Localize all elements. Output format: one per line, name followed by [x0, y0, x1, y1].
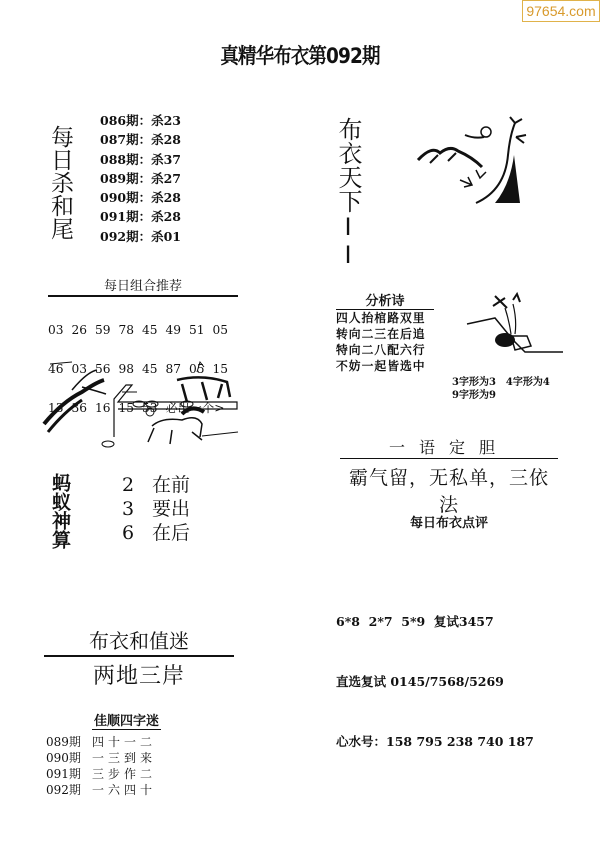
kill-row: 086期：杀23 — [100, 111, 181, 130]
value-riddle-heading: 布衣和值迷 — [44, 625, 234, 657]
buyi-tianxia-label: 布衣天下II — [334, 117, 362, 269]
watermark: 97654.com — [522, 0, 600, 22]
daily-kill-list: 086期：杀23 087期：杀28 088期：杀37 089期：杀27 090期… — [100, 111, 181, 246]
shape-hint-line: 3字形为3 4字形为4 — [452, 376, 550, 389]
four-word-row: 091期三步作二 — [46, 766, 161, 782]
ant-god-label: 蚂蚁神算 — [48, 473, 72, 549]
kill-row: 087期：杀28 — [100, 130, 181, 149]
combo-heading: 每日组合推荐 — [48, 275, 238, 297]
analysis-poem-section: 分析诗 四人抬棺路双里 转向二三在后追 特向二八配六行 不妨一起皆选中 — [336, 290, 434, 374]
shape-hint: 3字形为3 4字形为4 9字形为9 — [452, 376, 550, 402]
four-word-section: 佳顺四字迷 089期四十一二 090期一三到来 091期三步作二 092期一六四… — [46, 710, 161, 798]
ant-god-row: 6在后 — [122, 521, 190, 545]
ant-god-row: 2在前 — [122, 473, 190, 497]
poem-line: 四人抬棺路双里 — [336, 310, 434, 326]
ant-god-list: 2在前 3要出 6在后 — [122, 473, 190, 545]
review-line: 6*8 2*7 5*9 复试3457 — [336, 612, 534, 632]
review-line: 心水号：158 795 238 740 187 — [336, 732, 534, 752]
kill-row: 092期：杀01 — [100, 227, 181, 246]
one-word-section: 一语定胆 霸气留，无私单，三依法 — [340, 435, 558, 517]
four-word-row: 089期四十一二 — [46, 734, 161, 750]
poem-line: 特向二八配六行 — [336, 342, 434, 358]
ant-god-row: 3要出 — [122, 497, 190, 521]
daily-review: 6*8 2*7 5*9 复试3457 直选复试 0145/7568/5269 心… — [336, 572, 534, 772]
kill-row: 089期：杀27 — [100, 169, 181, 188]
bird-rock-illustration — [465, 290, 565, 360]
four-word-row: 092期一六四十 — [46, 782, 161, 798]
combo-row: 0326597845495105 — [48, 324, 238, 337]
kill-row: 090期：杀28 — [100, 188, 181, 207]
one-word-heading: 一语定胆 — [340, 435, 558, 459]
four-word-row: 090期一三到来 — [46, 750, 161, 766]
page-title: 真精华布衣第092期 — [36, 40, 564, 70]
poem-line: 转向二三在后追 — [336, 326, 434, 342]
four-word-heading: 佳顺四字迷 — [92, 710, 161, 730]
review-line: 直选复试 0145/7568/5269 — [336, 672, 534, 692]
one-word-body: 霸气留，无私单，三依法 — [340, 463, 558, 517]
birds-tree-illustration — [410, 115, 530, 205]
daily-kill-label: 每日杀和尾 — [47, 125, 73, 240]
poem-heading: 分析诗 — [336, 290, 434, 310]
poem-line: 不妨一起皆选中 — [336, 358, 434, 374]
value-riddle-section: 布衣和值迷 两地三岸 — [44, 625, 234, 690]
kill-row: 088期：杀37 — [100, 150, 181, 169]
value-riddle-body: 两地三岸 — [44, 659, 234, 690]
daily-review-heading: 每日布衣点评 — [340, 512, 558, 531]
shape-hint-line: 9字形为9 — [452, 389, 550, 402]
dog-deer-illustration — [42, 352, 242, 452]
kill-row: 091期：杀28 — [100, 207, 181, 226]
